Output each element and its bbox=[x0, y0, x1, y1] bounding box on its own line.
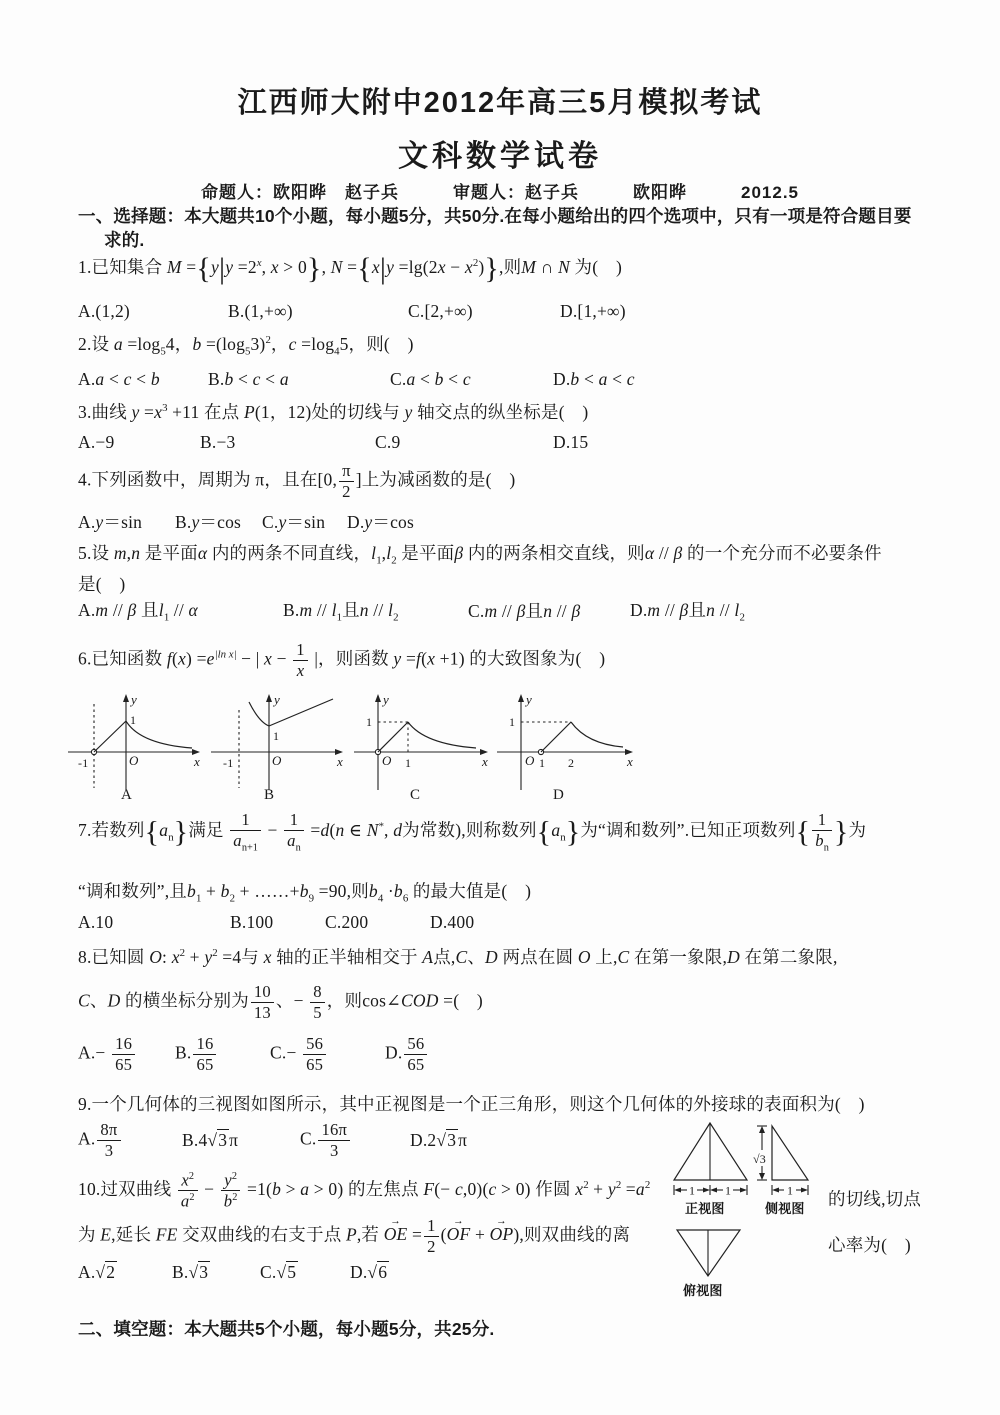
question-8-options: A.− 1665 B.1665 C.− 5665 D.5665 bbox=[78, 1034, 429, 1075]
y-axis-label: y bbox=[381, 692, 389, 707]
origin-label: O bbox=[382, 753, 392, 768]
side-dim-label: 1 bbox=[787, 1184, 793, 1198]
y-axis-label: y bbox=[129, 692, 137, 707]
question-1-options: A.(1,2) B.(1,+∞) C.[2,+∞) D.[1,+∞) bbox=[78, 301, 626, 322]
q5-option-a: A.m // β 且l1 // α bbox=[78, 597, 283, 624]
graph-letter: C bbox=[410, 787, 420, 802]
question-7-options: A.10 B.100 C.200 D.400 bbox=[78, 912, 474, 933]
x-axis-label: x bbox=[336, 754, 343, 769]
q8-option-b: B.1665 bbox=[175, 1034, 270, 1075]
graph-letter: D bbox=[553, 787, 564, 802]
exam-page: 江西师大附中2012年高三5月模拟考试 文科数学试卷 命题人：欧阳晔 赵子兵 审… bbox=[0, 0, 1000, 1415]
origin-label: O bbox=[525, 753, 535, 768]
question-7-stem: 7.若数列{an}满足 1an+1 − 1an =d(n ∈ N*, d为常数)… bbox=[78, 810, 866, 854]
q8-option-c: C.− 5665 bbox=[270, 1034, 385, 1075]
curve-rise bbox=[94, 721, 126, 752]
question-3-options: A.−9 B.−3 C.9 D.15 bbox=[78, 432, 588, 453]
q4-option-c: C.y＝sin bbox=[262, 509, 347, 534]
q5-option-b: B.m // l1且n // l2 bbox=[283, 597, 468, 624]
question-9-stem: 9.一个几何体的三视图如图所示，其中正视图是一个正三角形，则这个几何体的外接球的… bbox=[78, 1091, 865, 1116]
question-8-stem-cont: C、D 的横坐标分别为1013、− 85，则cos∠COD =( ) bbox=[78, 982, 483, 1023]
front-dim-right: 1 bbox=[725, 1184, 731, 1198]
x-axis-label: x bbox=[193, 754, 200, 769]
q3-option-d: D.15 bbox=[553, 432, 588, 453]
q7-option-a: A.10 bbox=[78, 912, 230, 933]
q9-option-a: A.8π3 bbox=[78, 1120, 182, 1161]
graph-letter: A bbox=[121, 787, 132, 802]
q7-option-c: C.200 bbox=[325, 912, 430, 933]
x-two-label: 2 bbox=[568, 756, 574, 770]
question-10-options: A.√2 B.√3 C.√5 D.√6 bbox=[78, 1262, 389, 1283]
curve-decay bbox=[408, 722, 476, 748]
y-axis-label: y bbox=[524, 692, 532, 707]
question-10-stem-cont: 为 E,延长 FE 交双曲线的右支于点 P,若 OE =12(OF + OP),… bbox=[78, 1216, 630, 1257]
question-7-stem-cont: “调和数列”,且b1 + b2 + ……+b9 =90,则b4 ·b6 的最大值… bbox=[78, 878, 531, 905]
graph-option-d: 1 y x O 1 2 D bbox=[493, 690, 636, 802]
q2-option-d: D.b < a < c bbox=[553, 369, 635, 390]
q2-option-c: C.a < b < c bbox=[390, 369, 553, 390]
front-view-label: 正视图 bbox=[685, 1201, 725, 1216]
x-axis-label: x bbox=[481, 754, 488, 769]
q5-option-d: D.m // β且n // l2 bbox=[630, 597, 745, 624]
q9-option-d: D.2√3π bbox=[410, 1130, 467, 1151]
q1-option-d: D.[1,+∞) bbox=[560, 301, 626, 322]
q4-option-a: A.y＝sin bbox=[78, 509, 175, 534]
top-view-label: 俯视图 bbox=[683, 1283, 723, 1298]
q2-option-b: B.b < c < a bbox=[208, 369, 390, 390]
q4-option-d: D.y＝cos bbox=[347, 509, 414, 534]
question-1-stem: 1.已知集合 M ={y|y =2x, x > 0}, N ={x|y =lg(… bbox=[78, 254, 622, 282]
origin-label: O bbox=[272, 753, 282, 768]
q7-option-d: D.400 bbox=[430, 912, 474, 933]
y-one-label: 1 bbox=[509, 715, 515, 729]
q3-option-c: C.9 bbox=[375, 432, 553, 453]
question-2-options: A.a < c < b B.b < c < a C.a < b < c D.b … bbox=[78, 369, 635, 390]
three-view-svg: 1 1 正视图 √3 1 侧视图 bbox=[650, 1118, 850, 1303]
q9-option-b: B.4√3π bbox=[182, 1130, 300, 1151]
question-10-fragment-2: 心率为( ) bbox=[828, 1232, 911, 1257]
curve-rise bbox=[541, 722, 571, 752]
q10-option-c: C.√5 bbox=[260, 1262, 350, 1283]
question-4-options: A.y＝sin B.y＝cos C.y＝sin D.y＝cos bbox=[78, 509, 414, 534]
page-title: 江西师大附中2012年高三5月模拟考试 bbox=[0, 80, 1000, 121]
question-4-stem: 4.下列函数中，周期为 π，且在[0,π2]上为减函数的是( ) bbox=[78, 461, 515, 502]
section-1-heading: 一、选择题：本大题共10个小题，每小题5分，共50分.在每小题给出的四个选项中，… bbox=[78, 203, 912, 228]
q10-option-b: B.√3 bbox=[172, 1262, 260, 1283]
section-2-heading: 二、填空题：本大题共5个小题，每小题5分，共25分. bbox=[78, 1316, 495, 1341]
question-3-stem: 3.曲线 y =x3 +11 在点 P(1，12)处的切线与 y 轴交点的纵坐标… bbox=[78, 399, 588, 424]
curve-rise bbox=[378, 722, 408, 752]
graph-option-b: 1 y x O -1 B bbox=[207, 690, 350, 802]
q4-option-b: B.y＝cos bbox=[175, 509, 262, 534]
side-view-triangle bbox=[772, 1126, 808, 1180]
question-5-stem-cont: 是( ) bbox=[78, 571, 125, 596]
question-6-stem: 6.已知函数 f(x) =e|ln x| − | x − 1x |，则函数 y … bbox=[78, 640, 605, 681]
question-2-stem: 2.设 a =log54，b =(log53)2，c =log45，则( ) bbox=[78, 331, 414, 358]
graph-option-c: 1 y x O 1 C bbox=[350, 690, 493, 802]
q3-option-b: B.−3 bbox=[200, 432, 375, 453]
question-9-options: A.8π3 B.4√3π C.16π3 D.2√3π bbox=[78, 1120, 467, 1161]
question-5-stem: 5.设 m,n 是平面α 内的两条不同直线，l1,l2 是平面β 内的两条相交直… bbox=[78, 540, 882, 567]
side-height-label: √3 bbox=[753, 1152, 766, 1166]
x-one-label: 1 bbox=[405, 756, 411, 770]
y-axis-label: y bbox=[272, 692, 280, 707]
x-axis-label: x bbox=[626, 754, 633, 769]
q5-option-c: C.m // β且n // β bbox=[468, 598, 630, 623]
q1-option-c: C.[2,+∞) bbox=[408, 301, 560, 322]
x-one-label: 1 bbox=[539, 756, 545, 770]
curve-decay bbox=[571, 722, 623, 747]
neg-one-label: -1 bbox=[223, 756, 233, 770]
q8-option-a: A.− 1665 bbox=[78, 1034, 175, 1075]
neg-one-label: -1 bbox=[78, 756, 88, 770]
q3-option-a: A.−9 bbox=[78, 432, 200, 453]
question-6-graphs: 1 y x O -1 A 1 y x O -1 B bbox=[64, 690, 636, 802]
question-5-options: A.m // β 且l1 // α B.m // l1且n // l2 C.m … bbox=[78, 597, 745, 624]
question-8-stem: 8.已知圆 O: x2 + y2 =4与 x 轴的正半轴相交于 A点,C、D 两… bbox=[78, 944, 838, 969]
graph-option-a: 1 y x O -1 A bbox=[64, 690, 207, 802]
q2-option-a: A.a < c < b bbox=[78, 369, 208, 390]
q1-option-b: B.(1,+∞) bbox=[228, 301, 408, 322]
q1-option-a: A.(1,2) bbox=[78, 301, 228, 322]
three-view-figure: 1 1 正视图 √3 1 侧视图 bbox=[650, 1118, 850, 1308]
origin-label: O bbox=[129, 753, 139, 768]
min-value-label: 1 bbox=[273, 729, 279, 743]
peak-value-label: 1 bbox=[130, 713, 136, 727]
question-10-stem: 10.过双曲线 x2a2 − y2b2 =1(b > a > 0) 的左焦点 F… bbox=[78, 1170, 650, 1212]
q8-option-d: D.5665 bbox=[385, 1034, 429, 1075]
graph-letter: B bbox=[264, 787, 274, 802]
q9-option-c: C.16π3 bbox=[300, 1120, 410, 1161]
side-view-label: 侧视图 bbox=[764, 1201, 805, 1216]
section-1-heading-cont: 求的. bbox=[104, 227, 144, 252]
page-subtitle: 文科数学试卷 bbox=[0, 131, 1000, 175]
q10-option-a: A.√2 bbox=[78, 1262, 172, 1283]
y-one-label: 1 bbox=[366, 715, 372, 729]
curve-fall bbox=[249, 702, 269, 726]
q7-option-b: B.100 bbox=[230, 912, 325, 933]
byline: 命题人：欧阳晔 赵子兵 审题人：赵子兵 欧阳晔 2012.5 bbox=[0, 178, 1000, 203]
front-dim-left: 1 bbox=[689, 1184, 695, 1198]
q10-option-d: D.√6 bbox=[350, 1262, 389, 1283]
question-10-fragment-1: 的切线,切点 bbox=[828, 1186, 921, 1211]
